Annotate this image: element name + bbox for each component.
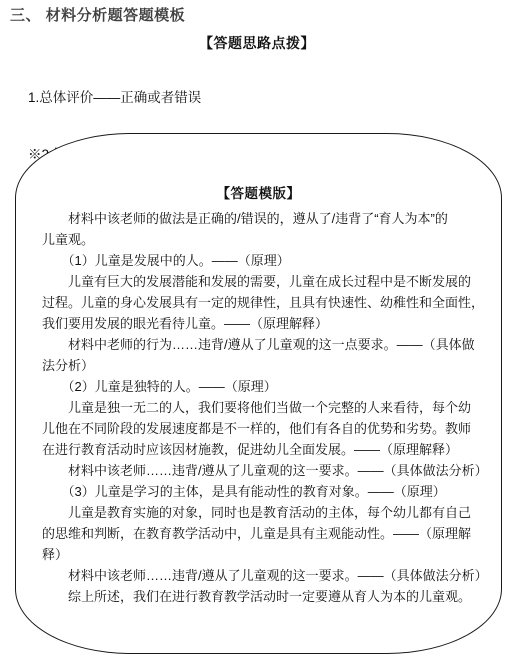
document-title: 三、 材料分析题答题模板 <box>10 4 185 25</box>
tips-item-overall-evaluation: 1.总体评价——正确或者错误 <box>28 88 375 107</box>
answer-template-body: 材料中该老师的做法是正确的/错误的，遵从了/违背了“育人为本”的 儿童观。 （1… <box>42 208 483 607</box>
document-page: 三、 材料分析题答题模板 【答题思路点拨】 1.总体评价——正确或者错误 ※2.… <box>0 0 514 667</box>
answer-template-bubble: 【答题模版】 材料中该老师的做法是正确的/错误的，遵从了/违背了“育人为本”的 … <box>15 133 502 654</box>
answer-template-heading: 【答题模版】 <box>16 184 501 204</box>
